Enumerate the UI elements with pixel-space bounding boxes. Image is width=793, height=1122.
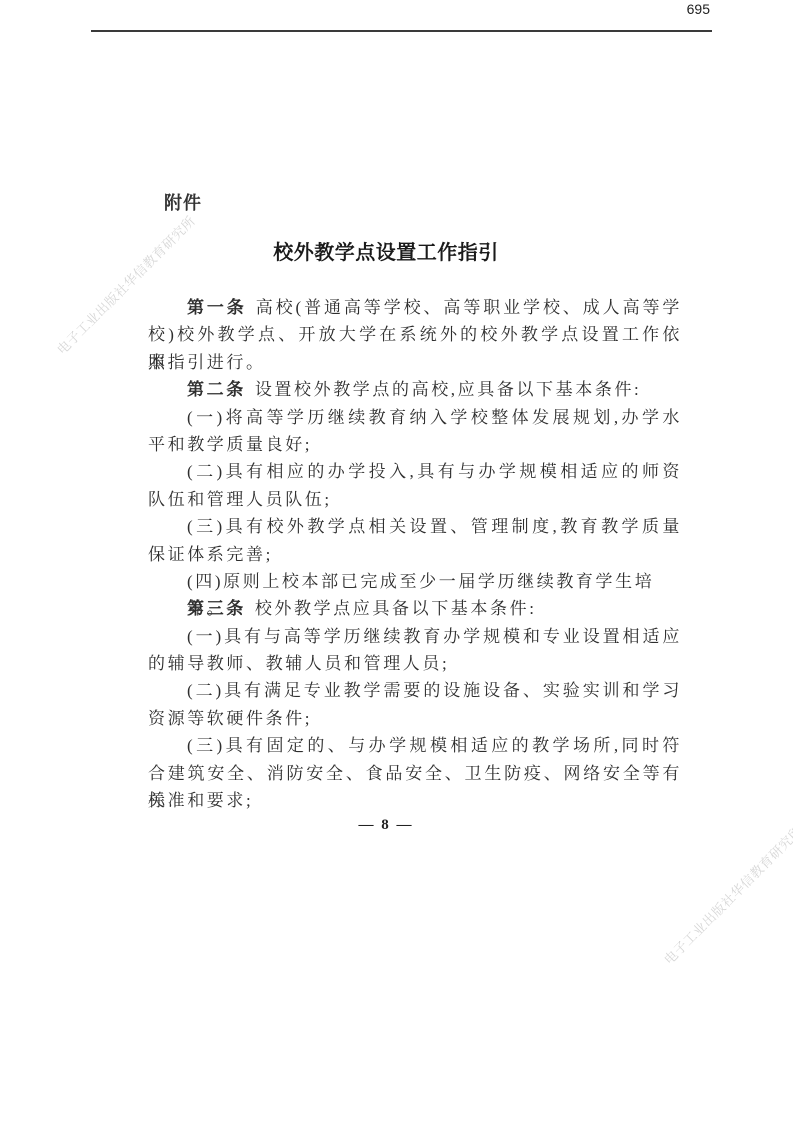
line-text: (二)具有满足专业教学需要的设施设备、实验实训和学习: [187, 681, 682, 700]
attachment-label: 附件: [164, 189, 202, 215]
line-text: (三)具有校外教学点相关设置、管理制度,教育教学质量: [187, 517, 682, 536]
document-line: 第二条设置校外教学点的高校,应具备以下基本条件:: [148, 376, 682, 403]
document-line: 第一条高校(普通高等学校、高等职业学校、成人高等学: [148, 294, 682, 321]
line-text: (一)具有与高等学历继续教育办学规模和专业设置相适应: [187, 627, 682, 646]
line-text: 资源等软硬件条件;: [148, 709, 312, 728]
document-line: (三)具有固定的、与办学规模相适应的教学场所,同时符: [148, 732, 682, 759]
watermark-bottom-right: 电子工业出版社华信教育研究所: [659, 821, 793, 968]
document-line: 第三条校外教学点应具备以下基本条件:: [148, 595, 682, 622]
line-text: 校外教学点应具备以下基本条件:: [255, 599, 537, 618]
header-divider-line: [91, 30, 712, 32]
line-text: 标准和要求;: [148, 791, 253, 810]
line-text: 队伍和管理人员队伍;: [148, 490, 332, 509]
line-text: (二)具有相应的办学投入,具有与办学规模相适应的师资: [187, 462, 682, 481]
document-line: 本指引进行。: [148, 349, 682, 376]
line-text: 的辅导教师、教辅人员和管理人员;: [148, 654, 449, 673]
article-number-label: 第一条: [187, 298, 247, 317]
document-line: 标准和要求;: [148, 787, 682, 814]
document-page: 695 电子工业出版社华信教育研究所 电子工业出版社华信教育研究所 附件 校外教…: [0, 0, 793, 1122]
document-line: (二)具有满足专业教学需要的设施设备、实验实训和学习: [148, 677, 682, 704]
document-line: 合建筑安全、消防安全、食品安全、卫生防疫、网络安全等有关: [148, 760, 682, 787]
document-line: (一)具有与高等学历继续教育办学规模和专业设置相适应: [148, 623, 682, 650]
document-line: (三)具有校外教学点相关设置、管理制度,教育教学质量: [148, 513, 682, 540]
document-line: (四)原则上校本部已完成至少一届学历继续教育学生培养。: [148, 568, 682, 595]
line-text: 设置校外教学点的高校,应具备以下基本条件:: [255, 380, 642, 399]
line-text: (一)将高等学历继续教育纳入学校整体发展规划,办学水: [187, 408, 682, 427]
line-text: 平和教学质量良好;: [148, 435, 312, 454]
document-line: 平和教学质量良好;: [148, 431, 682, 458]
document-line: 资源等软硬件条件;: [148, 705, 682, 732]
document-line: 的辅导教师、教辅人员和管理人员;: [148, 650, 682, 677]
document-line: 校)校外教学点、开放大学在系统外的校外教学点设置工作依照: [148, 321, 682, 348]
document-line: (一)将高等学历继续教育纳入学校整体发展规划,办学水: [148, 404, 682, 431]
article-number-label: 第三条: [187, 599, 246, 618]
line-text: 高校(普通高等学校、高等职业学校、成人高等学: [256, 298, 682, 317]
document-line: 队伍和管理人员队伍;: [148, 486, 682, 513]
document-line: 保证体系完善;: [148, 541, 682, 568]
top-page-number: 695: [687, 1, 710, 17]
article-number-label: 第二条: [187, 380, 246, 399]
document-body: 第一条高校(普通高等学校、高等职业学校、成人高等学校)校外教学点、开放大学在系统…: [148, 294, 682, 814]
footer-page-number: — 8 —: [0, 817, 772, 834]
line-text: 本指引进行。: [148, 353, 266, 372]
document-line: (二)具有相应的办学投入,具有与办学规模相适应的师资: [148, 458, 682, 485]
line-text: (三)具有固定的、与办学规模相适应的教学场所,同时符: [187, 736, 682, 755]
document-title-text: 校外教学点设置工作指引: [273, 242, 499, 264]
document-title: 校外教学点设置工作指引: [116, 236, 656, 265]
line-text: 保证体系完善;: [148, 545, 273, 564]
